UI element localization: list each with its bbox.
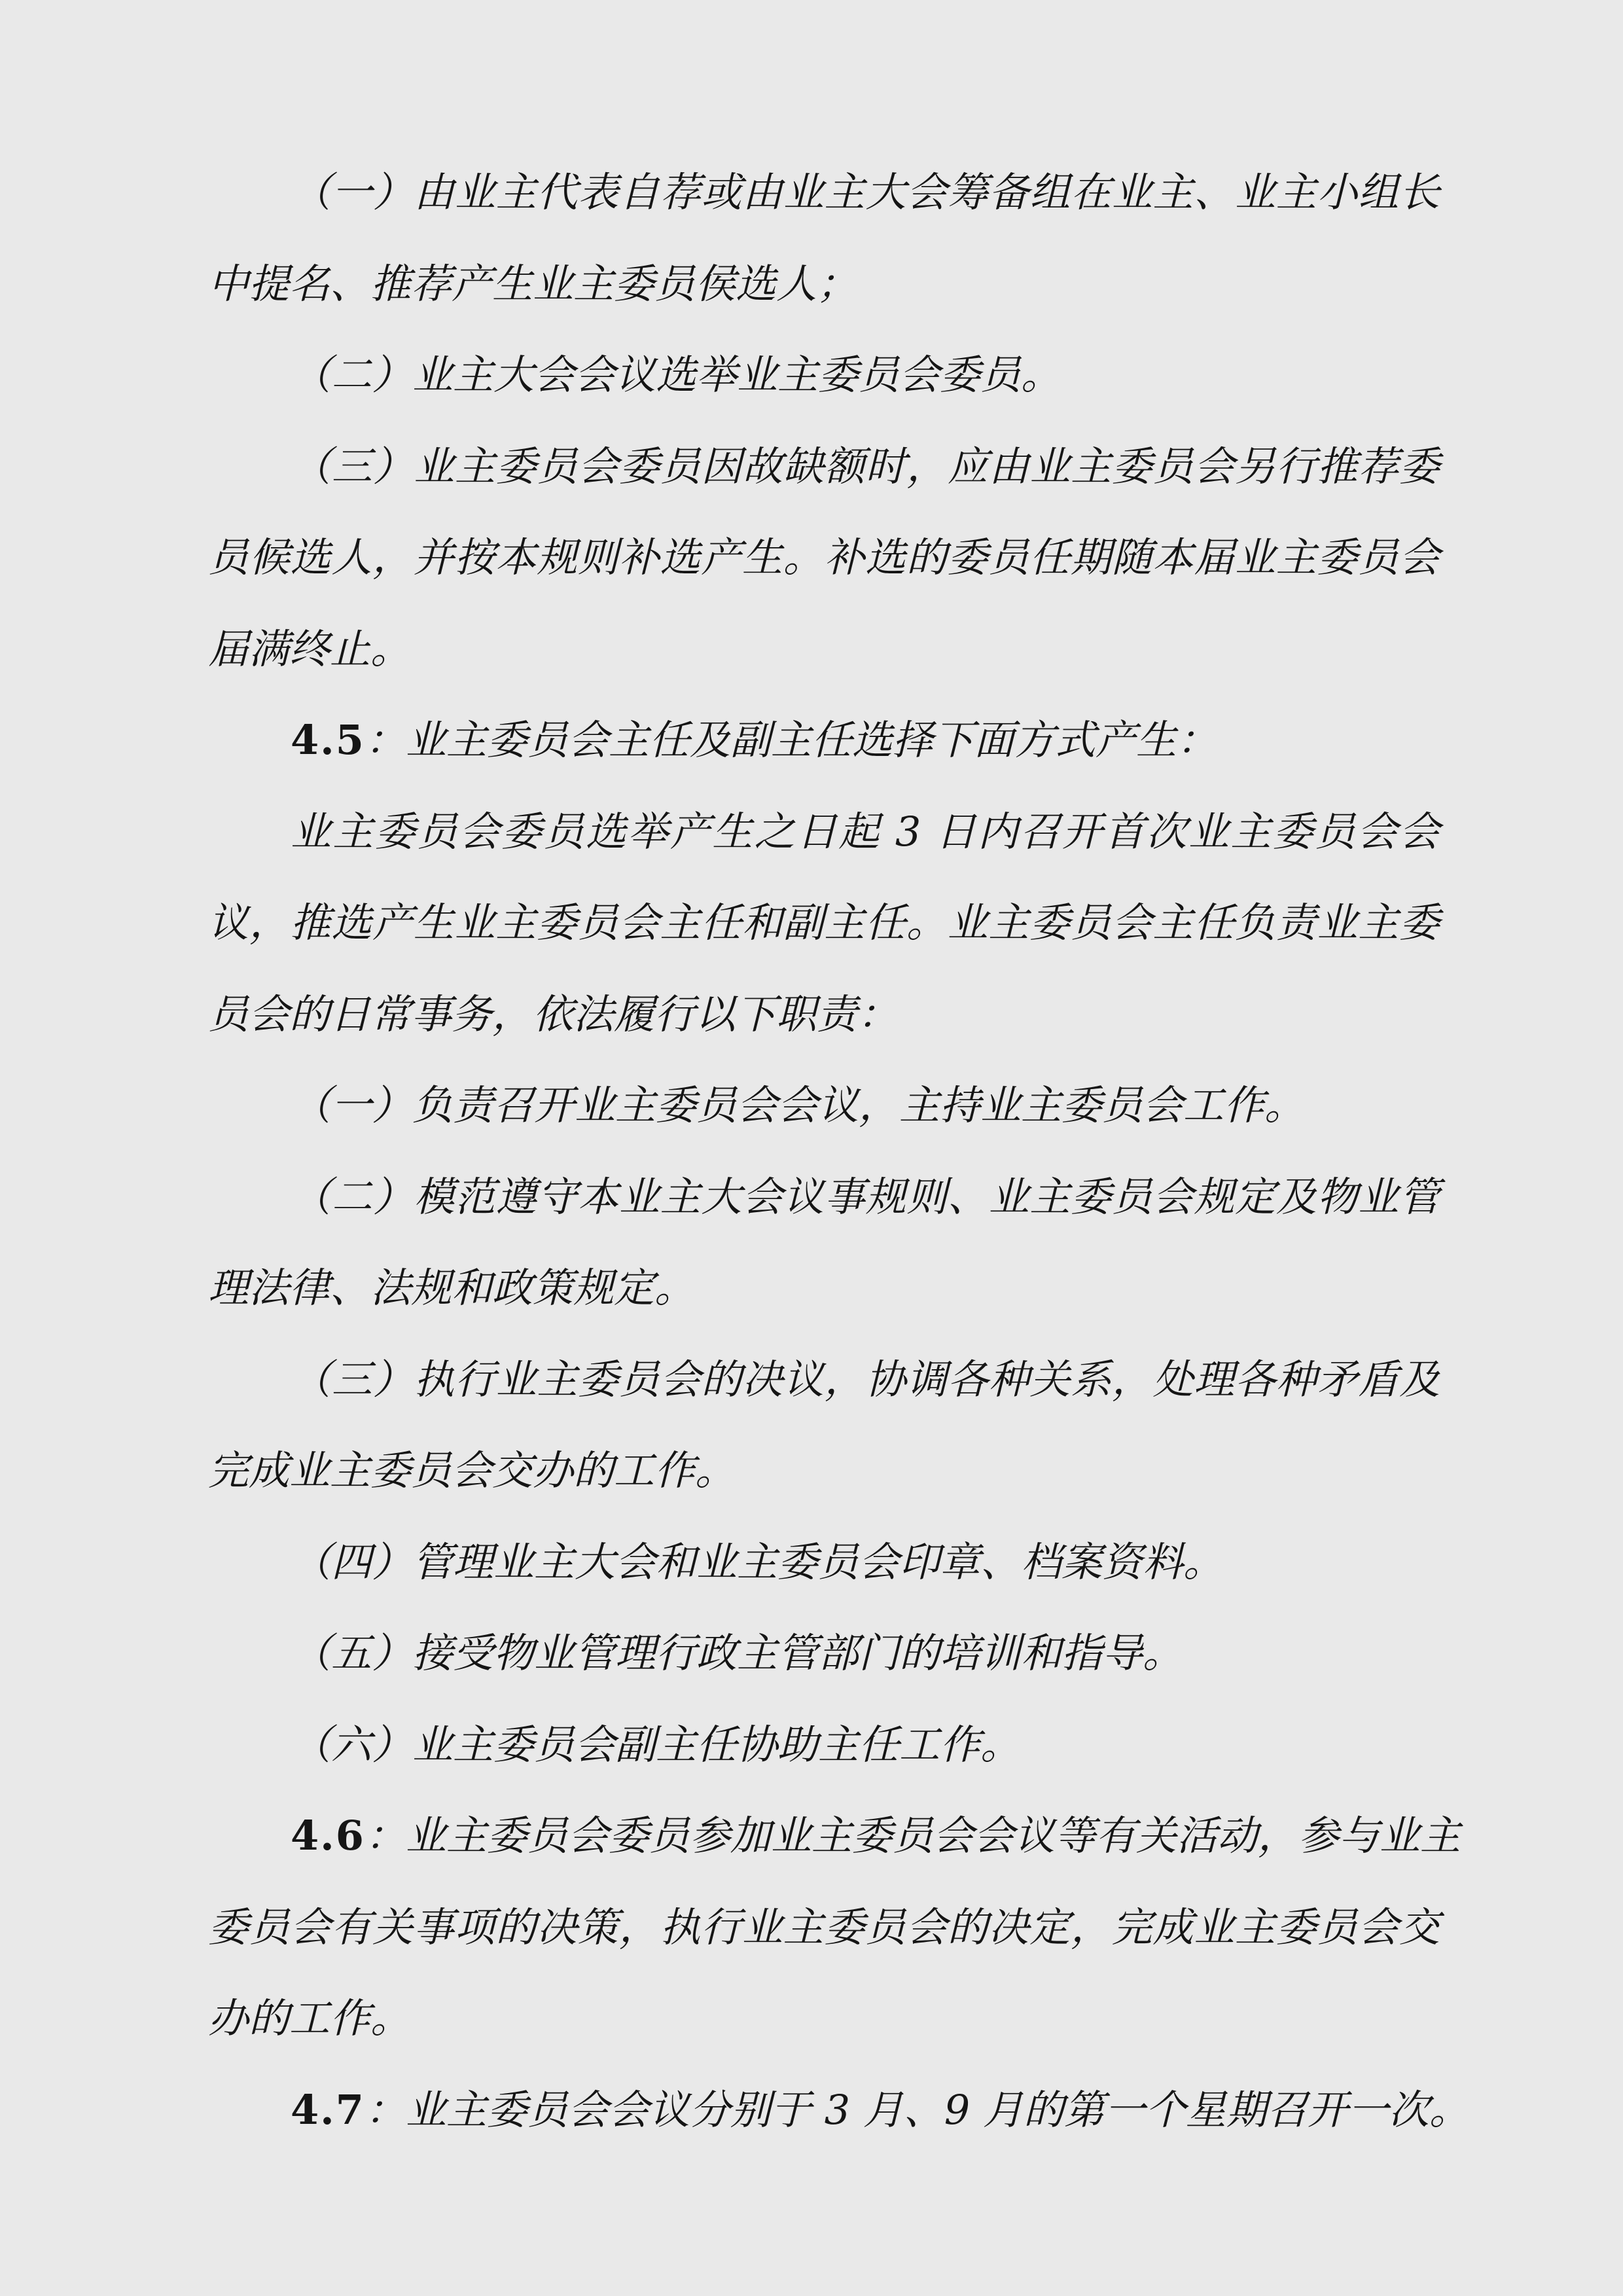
line-text: （二）业主大会会议选举业主委员会委员。 (291, 351, 1061, 399)
line-text: ：业主委员会会议分别于 3 月、9 月的第一个星期召开一次。 (365, 2086, 1470, 2134)
line-text: （六）业主委员会副主任协助主任工作。 (291, 1721, 1021, 1768)
text-line: 员候选人，并按本规则补选产生。补选的委员任期随本届业主委员会 (208, 512, 1440, 603)
text-line: 4.6：业主委员会委员参加业主委员会会议等有关活动，参与业主 (208, 1790, 1440, 1882)
line-text: 员候选人，并按本规则补选产生。补选的委员任期随本届业主委员会 (208, 533, 1440, 581)
text-line: 届满终止。 (208, 603, 1440, 695)
text-line: 中提名、推荐产生业主委员侯选人； (208, 238, 1440, 330)
text-line: 业主委员会委员选举产生之日起 3 日内召开首次业主委员会会 (208, 786, 1440, 878)
line-text: 理法律、法规和政策规定。 (208, 1264, 695, 1312)
line-text: 委员会有关事项的决策，执行业主委员会的决定，完成业主委员会交 (208, 1903, 1440, 1951)
line-text: 完成业主委员会交办的工作。 (208, 1446, 736, 1494)
line-text: （三）业主委员会委员因故缺额时，应由业主委员会另行推荐委 (291, 442, 1440, 490)
text-line: （四）管理业主大会和业主委员会印章、档案资料。 (208, 1516, 1440, 1608)
document-page: （一）由业主代表自荐或由业主大会筹备组在业主、业主小组长中提名、推荐产生业主委员… (0, 0, 1623, 2296)
text-line: （三）业主委员会委员因故缺额时，应由业主委员会另行推荐委 (208, 421, 1440, 512)
line-text: 员会的日常事务，依法履行以下职责： (208, 990, 898, 1038)
text-line: 议，推选产生业主委员会主任和副主任。业主委员会主任负责业主委 (208, 877, 1440, 969)
line-text: （一）负责召开业主委员会会议，主持业主委员会工作。 (291, 1081, 1305, 1129)
line-bold-prefix: 4.7 (291, 2086, 365, 2134)
text-line: （一）由业主代表自荐或由业主大会筹备组在业主、业主小组长 (208, 147, 1440, 238)
text-line: （五）接受物业管理行政主管部门的培训和指导。 (208, 1607, 1440, 1699)
text-line: （六）业主委员会副主任协助主任工作。 (208, 1699, 1440, 1791)
text-line: （二）模范遵守本业主大会议事规则、业主委员会规定及物业管 (208, 1151, 1440, 1243)
line-text: 办的工作。 (208, 1994, 411, 2042)
text-line: 委员会有关事项的决策，执行业主委员会的决定，完成业主委员会交 (208, 1882, 1440, 1973)
line-text: （一）由业主代表自荐或由业主大会筹备组在业主、业主小组长 (291, 168, 1440, 216)
text-line: 办的工作。 (208, 1973, 1440, 2064)
line-text: （三）执行业主委员会的决议，协调各种关系，处理各种矛盾及 (291, 1355, 1440, 1403)
line-text: 业主委员会委员选举产生之日起 3 日内召开首次业主委员会会 (291, 808, 1440, 855)
text-line: 4.5：业主委员会主任及副主任选择下面方式产生： (208, 694, 1440, 786)
line-text: （五）接受物业管理行政主管部门的培训和指导。 (291, 1629, 1183, 1677)
text-line: （一）负责召开业主委员会会议，主持业主委员会工作。 (208, 1060, 1440, 1151)
text-line: 完成业主委员会交办的工作。 (208, 1425, 1440, 1516)
text-line: 4.7：业主委员会会议分别于 3 月、9 月的第一个星期召开一次。 (208, 2064, 1440, 2156)
line-text: （四）管理业主大会和业主委员会印章、档案资料。 (291, 1538, 1224, 1586)
line-text: 议，推选产生业主委员会主任和副主任。业主委员会主任负责业主委 (208, 899, 1440, 946)
text-line: 理法律、法规和政策规定。 (208, 1242, 1440, 1334)
line-text: ：业主委员会主任及副主任选择下面方式产生： (365, 716, 1217, 764)
line-bold-prefix: 4.6 (291, 1812, 365, 1859)
line-text: 中提名、推荐产生业主委员侯选人； (208, 260, 857, 308)
line-bold-prefix: 4.5 (291, 716, 365, 764)
document-lines: （一）由业主代表自荐或由业主大会筹备组在业主、业主小组长中提名、推荐产生业主委员… (208, 147, 1440, 2155)
text-line: （三）执行业主委员会的决议，协调各种关系，处理各种矛盾及 (208, 1334, 1440, 1426)
text-line: （二）业主大会会议选举业主委员会委员。 (208, 329, 1440, 421)
line-text: （二）模范遵守本业主大会议事规则、业主委员会规定及物业管 (291, 1173, 1440, 1221)
line-text: 届满终止。 (208, 625, 411, 673)
text-line: 员会的日常事务，依法履行以下职责： (208, 969, 1440, 1060)
line-text: ：业主委员会委员参加业主委员会会议等有关活动，参与业主 (365, 1812, 1461, 1859)
